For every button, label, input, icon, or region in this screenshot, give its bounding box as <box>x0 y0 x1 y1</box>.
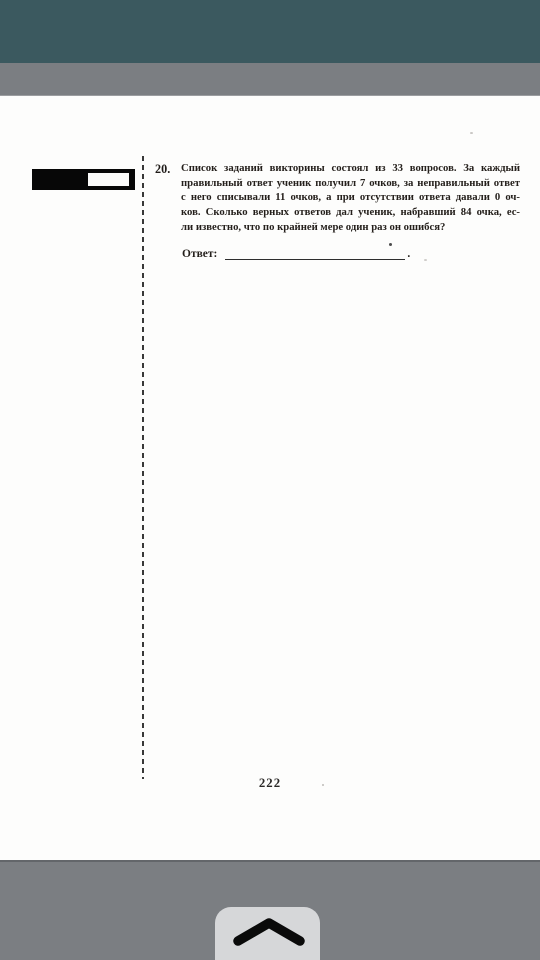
answer-label: Ответ: <box>182 248 217 260</box>
chevron-up-icon <box>215 907 320 960</box>
answer-blank-line <box>225 248 405 260</box>
document-page[interactable]: 20. Список заданий викторины состоял из … <box>0 95 540 862</box>
answer-period: . <box>407 248 410 260</box>
redaction-window <box>88 173 129 186</box>
answer-row: Ответ: . <box>182 245 410 260</box>
problem-number: 20. <box>155 162 170 177</box>
app-top-bar <box>0 0 540 63</box>
scan-speck <box>424 259 427 261</box>
screen: 20. Список заданий викторины состоял из … <box>0 0 540 960</box>
problem-line: ли известно, что по крайней мере один ра… <box>181 220 520 235</box>
problem-line: с него списывали 11 очков, а при отсутст… <box>181 190 520 205</box>
redaction-box <box>32 169 135 190</box>
problem-text: Список заданий викторины состоял из 33 в… <box>181 161 520 234</box>
stray-dot <box>389 243 392 246</box>
page-number: 222 <box>0 776 540 791</box>
problem-line: ков. Сколько верных ответов дал ученик, … <box>181 205 520 220</box>
problem-line: Список заданий викторины состоял из 33 в… <box>181 161 520 176</box>
problem-line: правильный ответ ученик получил 7 очков,… <box>181 176 520 191</box>
dashed-margin-line <box>142 156 144 779</box>
scan-speck <box>470 132 473 134</box>
scroll-to-top-button[interactable] <box>215 907 320 960</box>
